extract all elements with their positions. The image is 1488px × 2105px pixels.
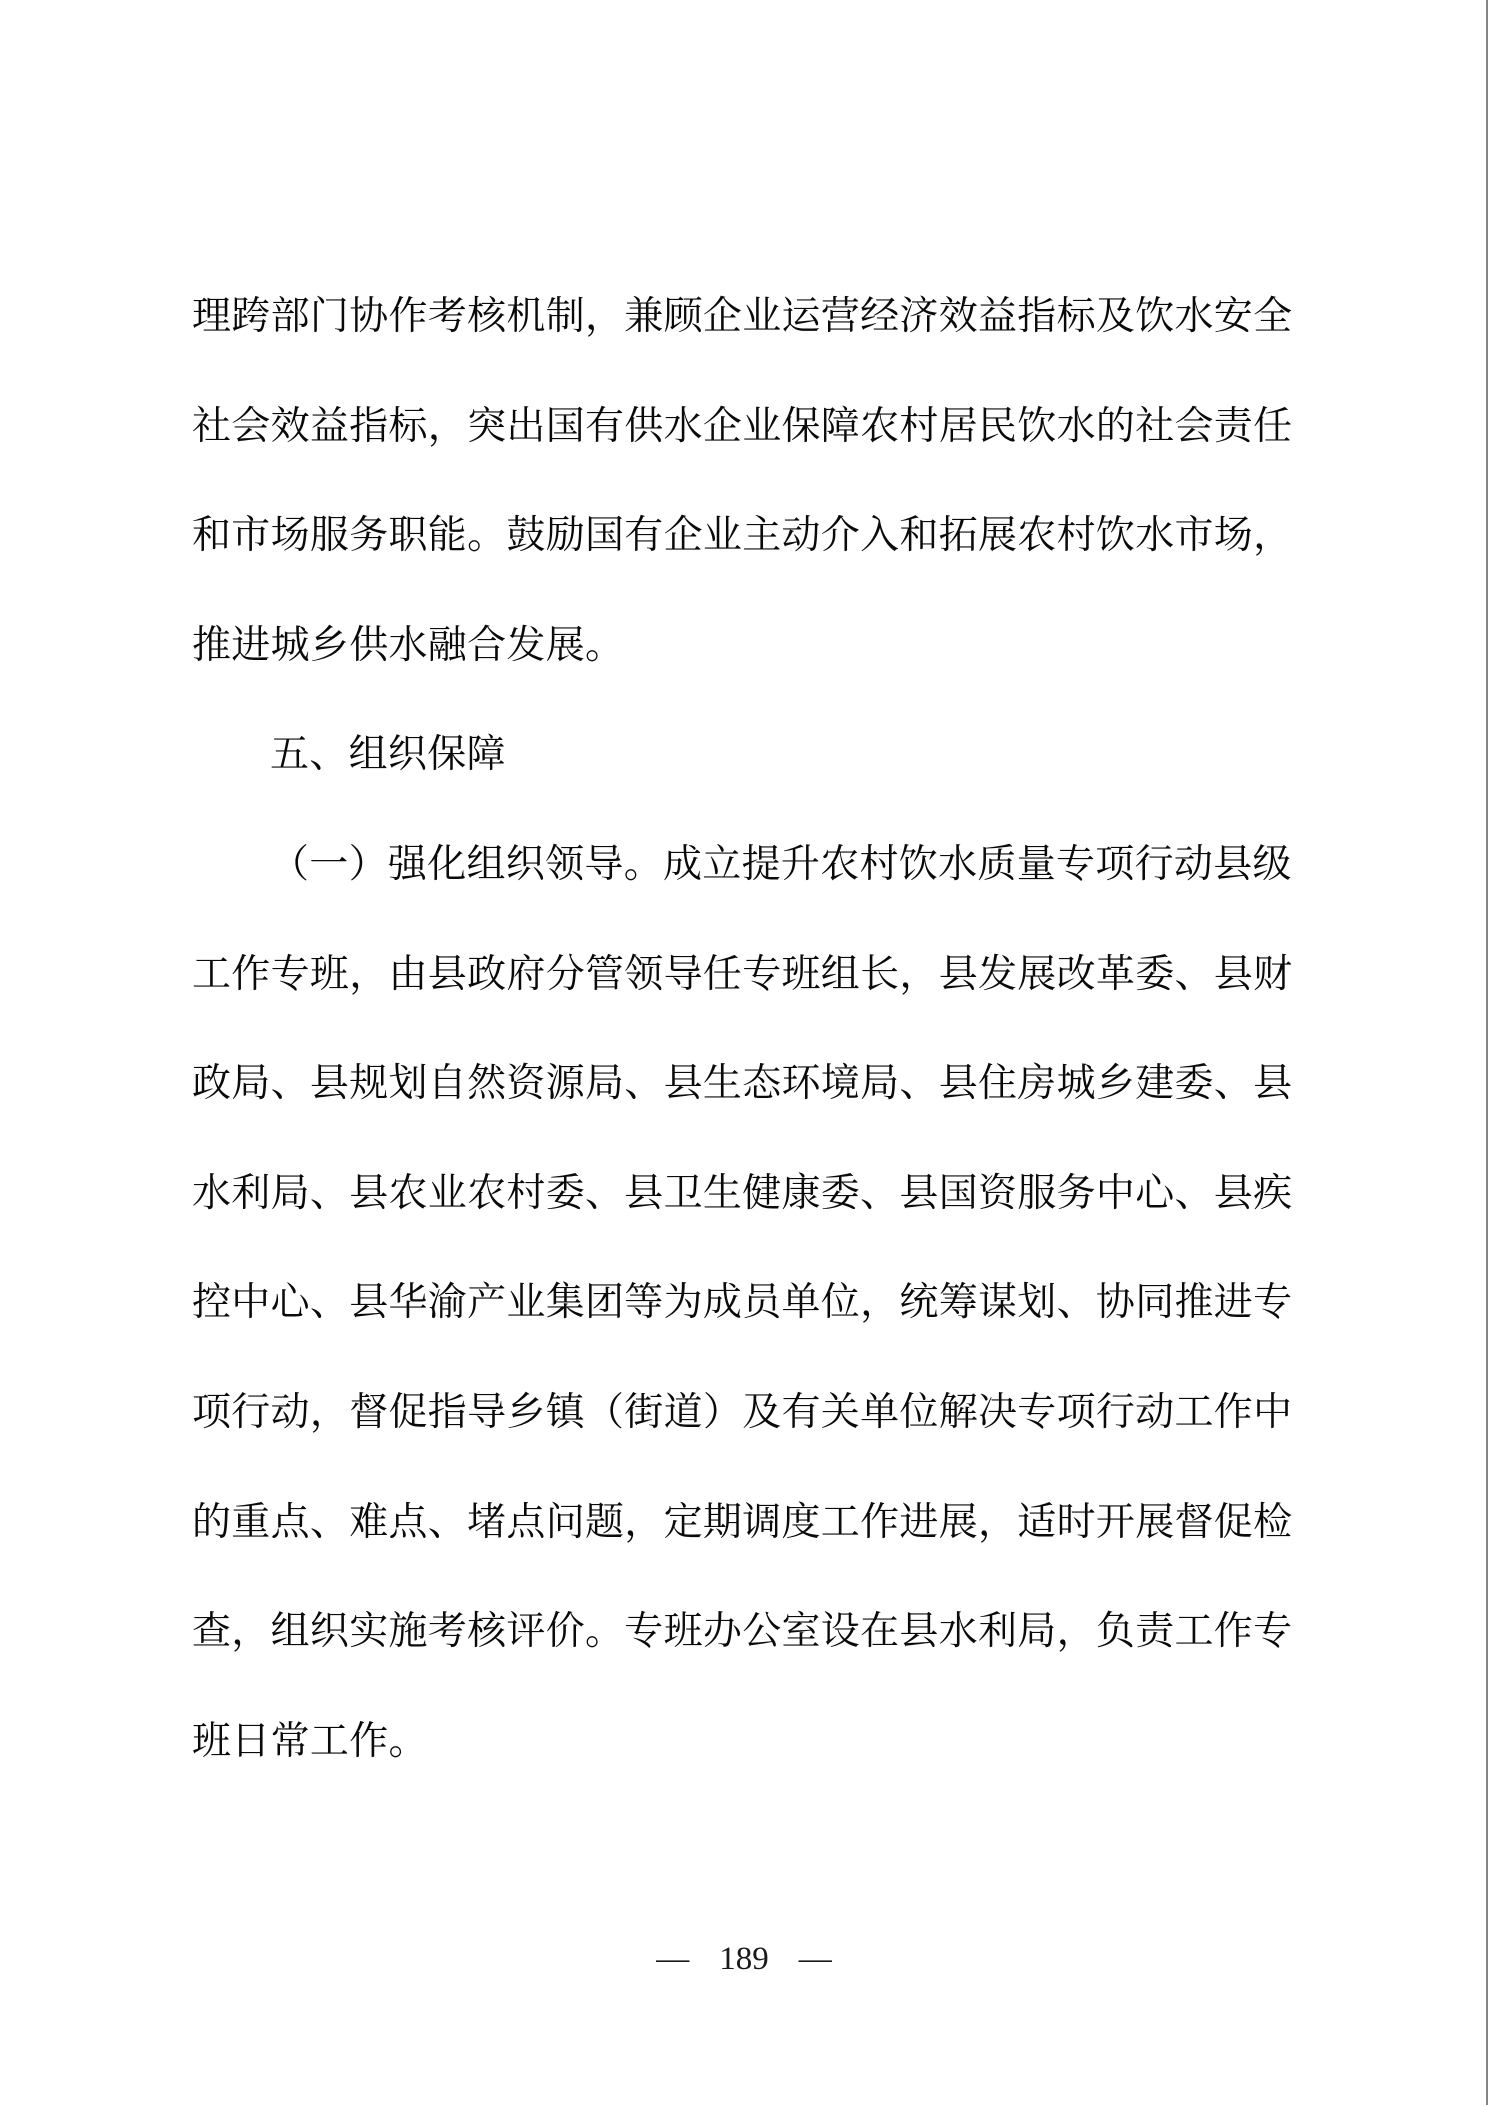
text-line: 理跨部门协作考核机制，兼顾企业运营经济效益指标及饮水安全: [192, 262, 1294, 372]
text-line: 政局、县规划自然资源局、县生态环境局、县住房城乡建委、县: [192, 1029, 1294, 1139]
page-footer: —189—: [0, 1940, 1488, 1978]
text-line: 的重点、难点、堵点问题，定期调度工作进展，适时开展督促检: [192, 1468, 1294, 1578]
text-line: 班日常工作。: [192, 1687, 1294, 1797]
text-line: （一）强化组织领导。成立提升农村饮水质量专项行动县级: [192, 810, 1294, 920]
document-page: 理跨部门协作考核机制，兼顾企业运营经济效益指标及饮水安全 社会效益指标，突出国有…: [0, 0, 1488, 2105]
text-line: 推进城乡供水融合发展。: [192, 591, 1294, 701]
page-number: 189: [719, 1941, 769, 1977]
section-heading: 五、组织保障: [192, 700, 1294, 810]
text-line: 查，组织实施考核评价。专班办公室设在县水利局，负责工作专: [192, 1577, 1294, 1687]
text-line: 社会效益指标，突出国有供水企业保障农村居民饮水的社会责任: [192, 372, 1294, 482]
text-line: 控中心、县华渝产业集团等为成员单位，统筹谋划、协同推进专: [192, 1248, 1294, 1358]
text-line: 工作专班，由县政府分管领导任专班组长，县发展改革委、县财: [192, 920, 1294, 1030]
text-line: 和市场服务职能。鼓励国有企业主动介入和拓展农村饮水市场，: [192, 481, 1294, 591]
text-line: 水利局、县农业农村委、县卫生健康委、县国资服务中心、县疾: [192, 1139, 1294, 1249]
footer-dash-right: —: [799, 1941, 832, 1977]
footer-dash-left: —: [656, 1941, 689, 1977]
document-body: 理跨部门协作考核机制，兼顾企业运营经济效益指标及饮水安全 社会效益指标，突出国有…: [192, 262, 1294, 1796]
text-line: 项行动，督促指导乡镇（街道）及有关单位解决专项行动工作中: [192, 1358, 1294, 1468]
